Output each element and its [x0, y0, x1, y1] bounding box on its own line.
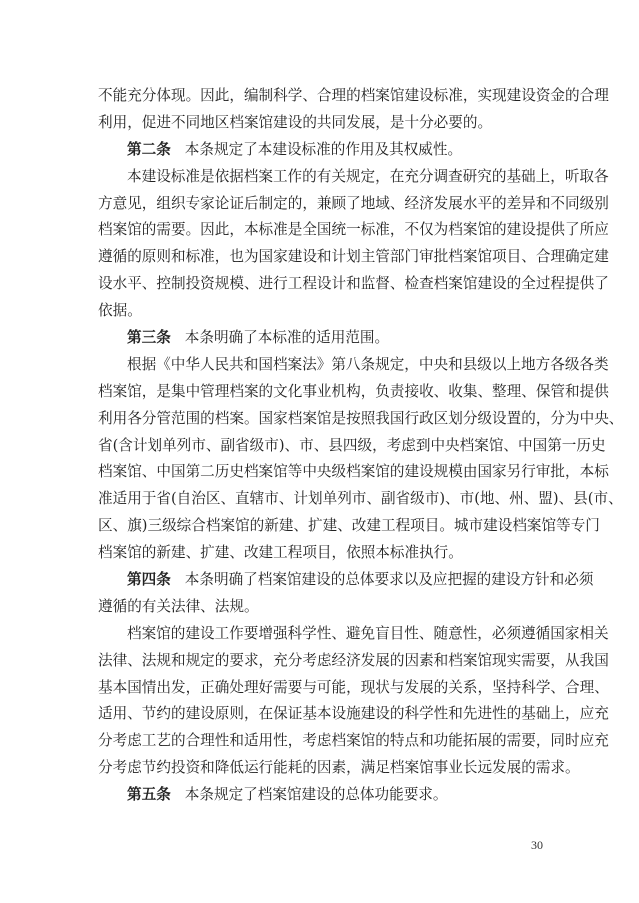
text-line: 遵循的原则和标准，也为国家建设和计划主管部门审批档案馆项目、合理确定建: [98, 244, 544, 271]
text-line: 基本国情出发，正确处理好需要与可能，现状与发展的关系，坚持科学、合理、: [98, 675, 544, 702]
line-text: 利用，促进不同地区档案馆建设的共同发展，是十分必要的。: [98, 114, 492, 131]
text-line: 准适用于省(自治区、直辖市、计划单列市、副省级市)、市(地、州、盟)、县(市、: [98, 486, 544, 513]
article-label: 第三条: [127, 329, 171, 346]
line-text: 方意见，组织专家论证后制定的，兼顾了地域、经济发展水平的差异和不同级别: [98, 195, 609, 212]
text-line: 适用、节约的建设原则，在保证基本设施建设的科学性和先进性的基础上，应充: [98, 701, 544, 728]
text-line: 根据《中华人民共和国档案法》第八条规定，中央和县级以上地方各级各类: [98, 352, 544, 379]
page-number: 30: [531, 838, 543, 853]
text-line: 法律、法规和规定的要求，充分考虑经济发展的因素和档案馆现实需要，从我国: [98, 648, 544, 675]
text-line: 档案馆，是集中管理档案的文化事业机构，负责接收、收集、整理、保管和提供: [98, 379, 544, 406]
article-heading-line: 第五条本条规定了档案馆建设的总体功能要求。: [98, 782, 544, 809]
line-text: 分考虑工艺的合理性和适用性，考虑档案馆的特点和功能拓展的需要，同时应充: [98, 732, 609, 749]
line-text: 适用、节约的建设原则，在保证基本设施建设的科学性和先进性的基础上，应充: [98, 705, 609, 722]
text-line: 方意见，组织专家论证后制定的，兼顾了地域、经济发展水平的差异和不同级别: [98, 191, 544, 218]
article-heading-line: 第三条本条明确了本标准的适用范围。: [98, 325, 544, 352]
text-line: 区、旗)三级综合档案馆的新建、扩建、改建工程项目。城市建设档案馆等专门: [98, 513, 544, 540]
line-text: 本条规定了档案馆建设的总体功能要求。: [185, 786, 448, 803]
line-text: 利用各分管范围的档案。国家档案馆是按照我国行政区划分级设置的，分为中央、: [98, 410, 623, 427]
line-text: 设水平、控制投资规模、进行工程设计和监督、检查档案馆建设的全过程提供了: [98, 275, 609, 292]
text-line: 利用，促进不同地区档案馆建设的共同发展，是十分必要的。: [98, 110, 544, 137]
article-label: 第五条: [127, 786, 171, 803]
text-line: 省(含计划单列市、副省级市)、市、县四级，考虑到中央档案馆、中国第一历史: [98, 433, 544, 460]
text-line: 档案馆、中国第二历史档案馆等中央级档案馆的建设规模由国家另行审批，本标: [98, 459, 544, 486]
article-label: 第二条: [127, 141, 171, 158]
article-label: 第四条: [127, 571, 171, 588]
article-heading-line: 第二条本条规定了本建设标准的作用及其权威性。: [98, 137, 544, 164]
line-text: 档案馆的需要。因此，本标准是全国统一标准，不仅为档案馆的建设提供了所应: [98, 221, 609, 238]
text-line: 档案馆的建设工作要增强科学性、避免盲目性、随意性，必须遵循国家相关: [98, 621, 544, 648]
line-text: 准适用于省(自治区、直辖市、计划单列市、副省级市)、市(地、州、盟)、县(市、: [98, 490, 623, 507]
line-text: 遵循的原则和标准，也为国家建设和计划主管部门审批档案馆项目、合理确定建: [98, 248, 609, 265]
text-line: 依据。: [98, 298, 544, 325]
text-line: 不能充分体现。因此，编制科学、合理的档案馆建设标准，实现建设资金的合理: [98, 83, 544, 110]
line-text: 省(含计划单列市、副省级市)、市、县四级，考虑到中央档案馆、中国第一历史: [98, 437, 606, 454]
line-text: 档案馆的建设工作要增强科学性、避免盲目性、随意性，必须遵循国家相关: [127, 625, 609, 642]
text-line: 遵循的有关法律、法规。: [98, 594, 544, 621]
line-text: 法律、法规和规定的要求，充分考虑经济发展的因素和档案馆现实需要，从我国: [98, 652, 609, 669]
line-text: 档案馆、中国第二历史档案馆等中央级档案馆的建设规模由国家另行审批，本标: [98, 463, 609, 480]
line-text: 本条明确了档案馆建设的总体要求以及应把握的建设方针和必须: [185, 571, 594, 588]
line-text: 本条明确了本标准的适用范围。: [185, 329, 389, 346]
line-text: 档案馆，是集中管理档案的文化事业机构，负责接收、收集、整理、保管和提供: [98, 383, 609, 400]
line-text: 本建设标准是依据档案工作的有关规定，在充分调查研究的基础上，听取各: [127, 168, 609, 185]
line-text: 遵循的有关法律、法规。: [98, 598, 259, 615]
line-text: 本条规定了本建设标准的作用及其权威性。: [185, 141, 462, 158]
line-text: 区、旗)三级综合档案馆的新建、扩建、改建工程项目。城市建设档案馆等专门: [98, 517, 600, 534]
line-text: 基本国情出发，正确处理好需要与可能，现状与发展的关系，坚持科学、合理、: [98, 679, 609, 696]
text-line: 利用各分管范围的档案。国家档案馆是按照我国行政区划分级设置的，分为中央、: [98, 406, 544, 433]
text-line: 档案馆的新建、扩建、改建工程项目，依照本标准执行。: [98, 540, 544, 567]
text-line: 档案馆的需要。因此，本标准是全国统一标准，不仅为档案馆的建设提供了所应: [98, 217, 544, 244]
text-line: 分考虑节约投资和降低运行能耗的因素，满足档案馆事业长远发展的需求。: [98, 755, 544, 782]
line-text: 根据《中华人民共和国档案法》第八条规定，中央和县级以上地方各级各类: [127, 356, 609, 373]
line-text: 分考虑节约投资和降低运行能耗的因素，满足档案馆事业长远发展的需求。: [98, 759, 580, 776]
document-body: 不能充分体现。因此，编制科学、合理的档案馆建设标准，实现建设资金的合理利用，促进…: [98, 83, 544, 809]
article-heading-line: 第四条本条明确了档案馆建设的总体要求以及应把握的建设方针和必须: [98, 567, 544, 594]
text-line: 设水平、控制投资规模、进行工程设计和监督、检查档案馆建设的全过程提供了: [98, 271, 544, 298]
text-line: 分考虑工艺的合理性和适用性，考虑档案馆的特点和功能拓展的需要，同时应充: [98, 728, 544, 755]
line-text: 不能充分体现。因此，编制科学、合理的档案馆建设标准，实现建设资金的合理: [98, 87, 609, 104]
line-text: 档案馆的新建、扩建、改建工程项目，依照本标准执行。: [98, 544, 463, 561]
line-text: 依据。: [98, 302, 142, 319]
text-line: 本建设标准是依据档案工作的有关规定，在充分调查研究的基础上，听取各: [98, 164, 544, 191]
